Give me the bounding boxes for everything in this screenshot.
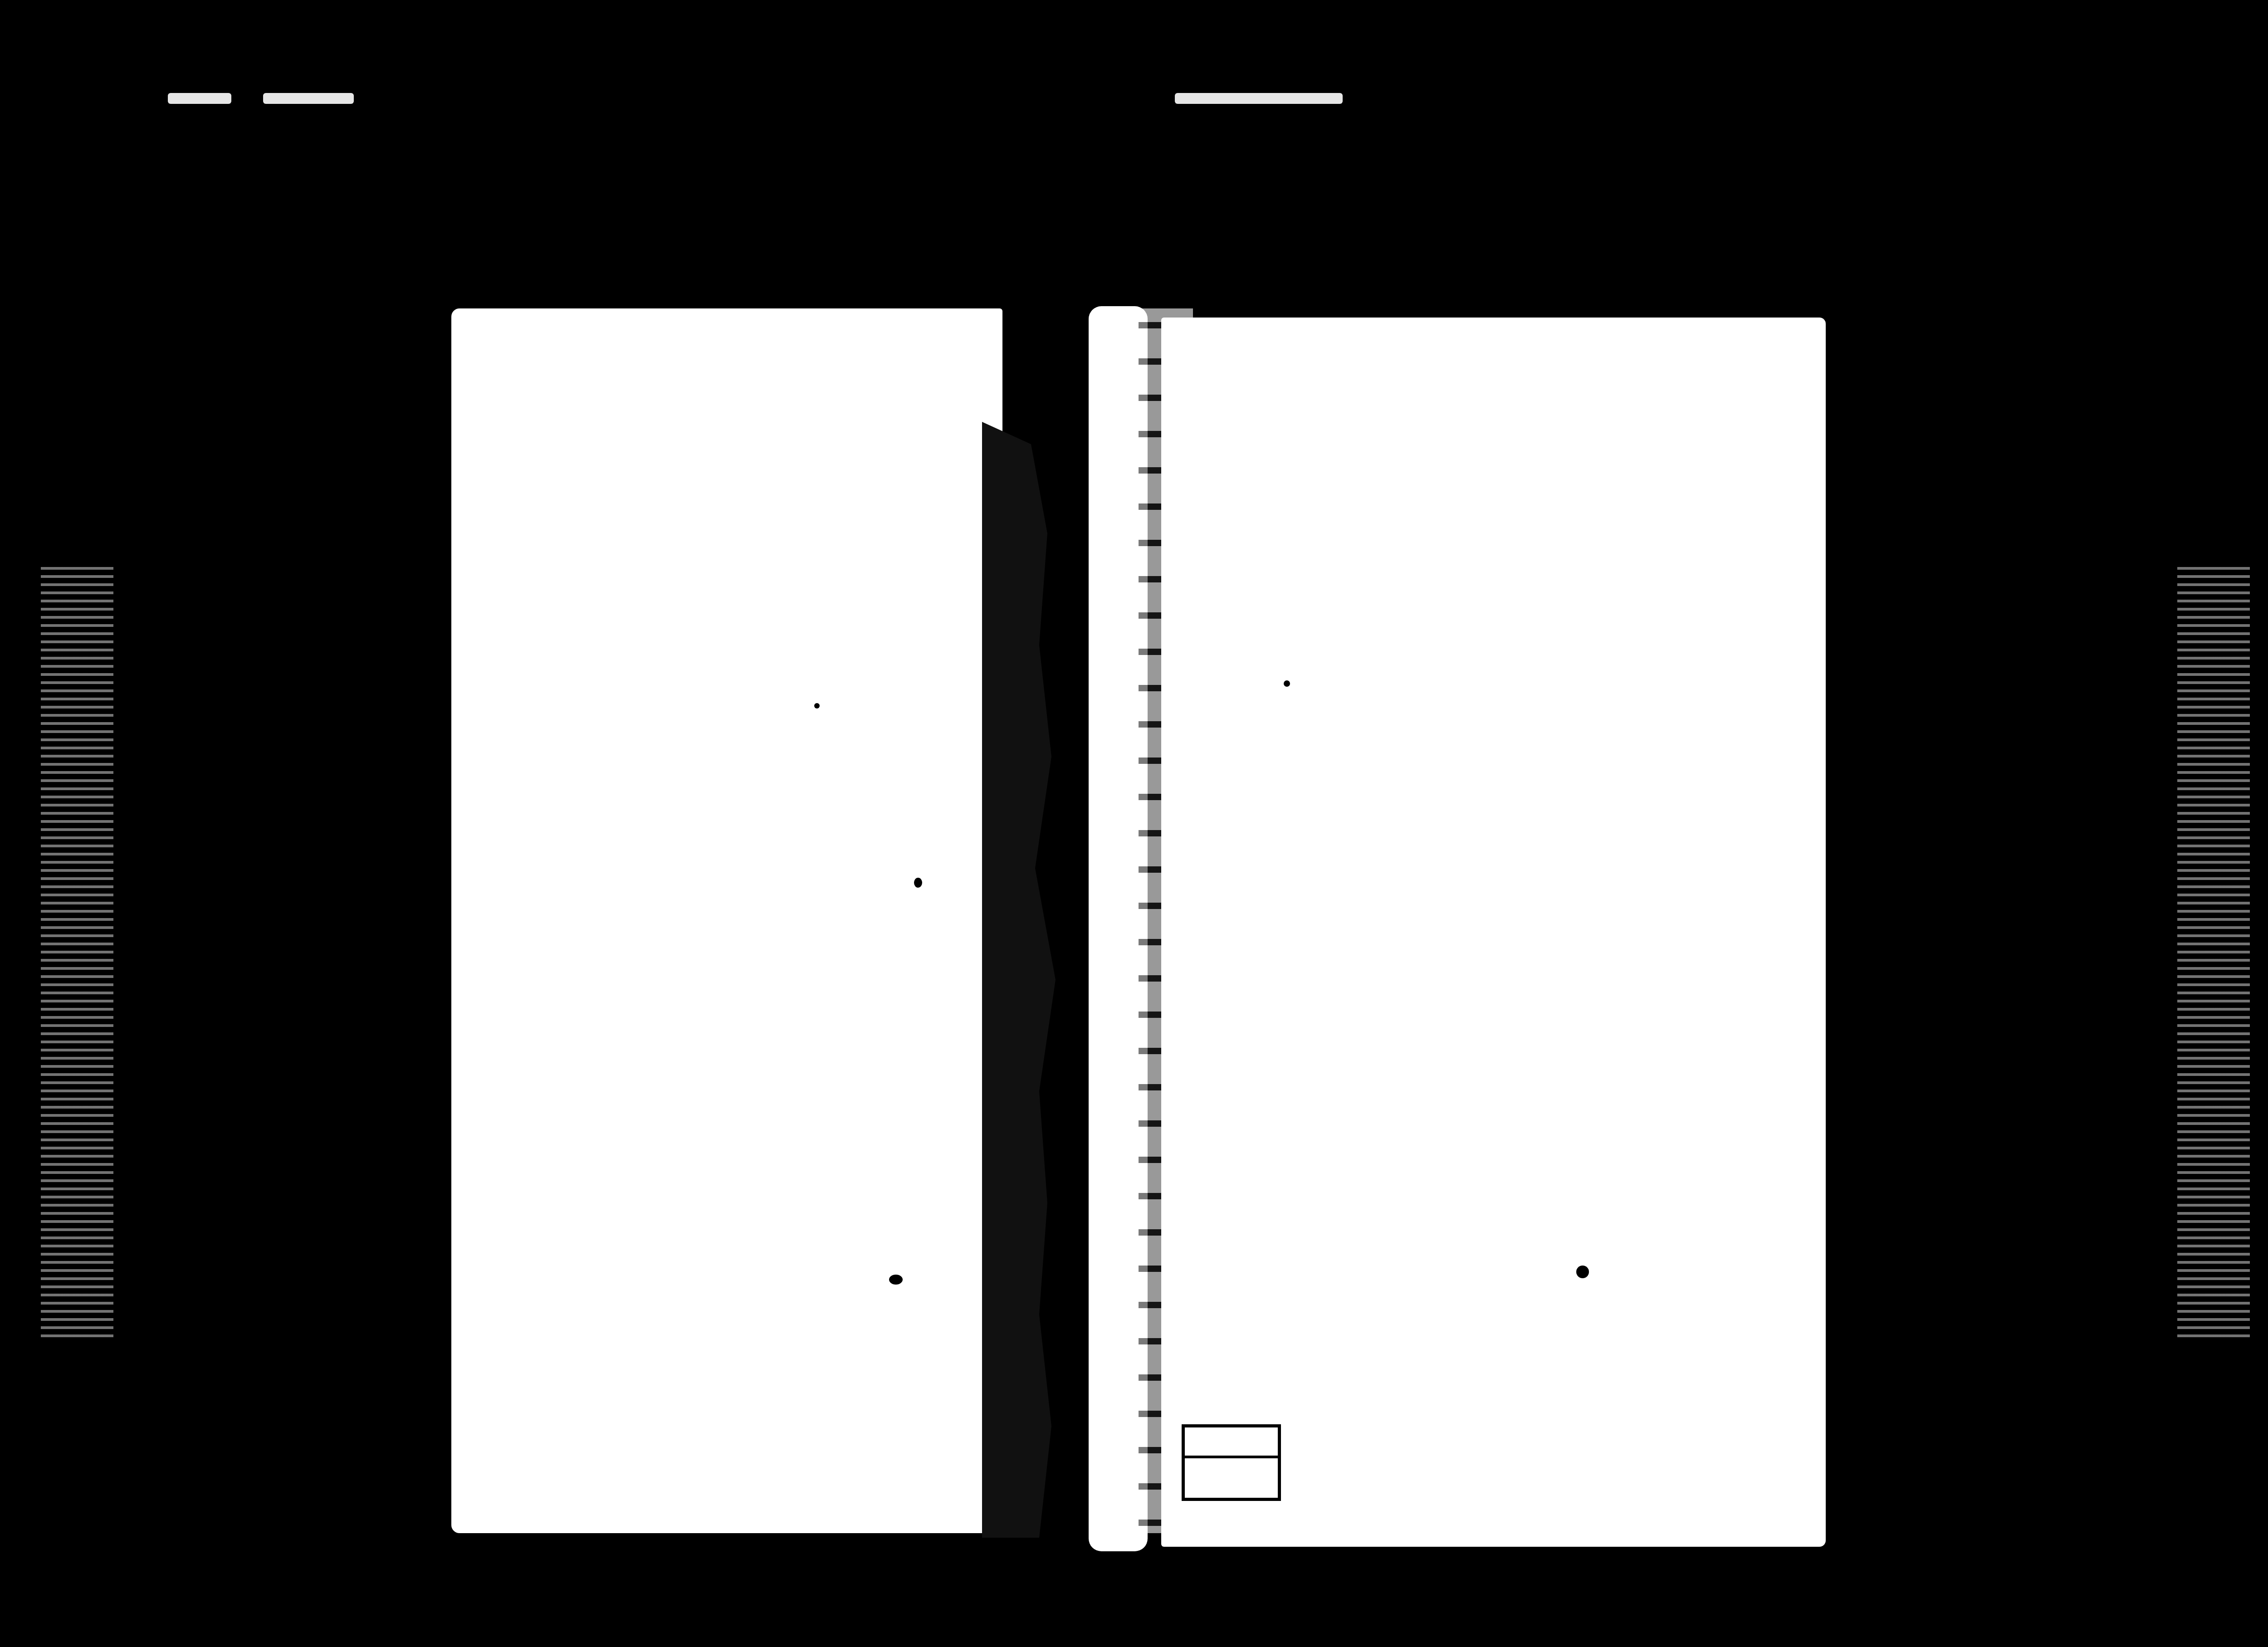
right-edge-texture <box>2177 567 2250 1338</box>
ink-speck <box>1576 1266 1589 1278</box>
ink-speck <box>914 878 922 888</box>
edge-noise <box>1175 93 1343 104</box>
scan-canvas <box>0 0 2268 1647</box>
left-edge-texture <box>41 567 113 1338</box>
ink-speck <box>1284 680 1290 687</box>
edge-noise <box>263 93 354 104</box>
right-page <box>1161 318 1826 1547</box>
ink-speck <box>814 703 820 709</box>
shelf-label <box>1182 1424 1281 1501</box>
left-page <box>451 308 1002 1533</box>
shelf-label-row <box>1185 1427 1278 1458</box>
edge-noise <box>168 93 231 104</box>
spine-shadow <box>982 422 1064 1538</box>
ink-speck <box>889 1275 903 1285</box>
